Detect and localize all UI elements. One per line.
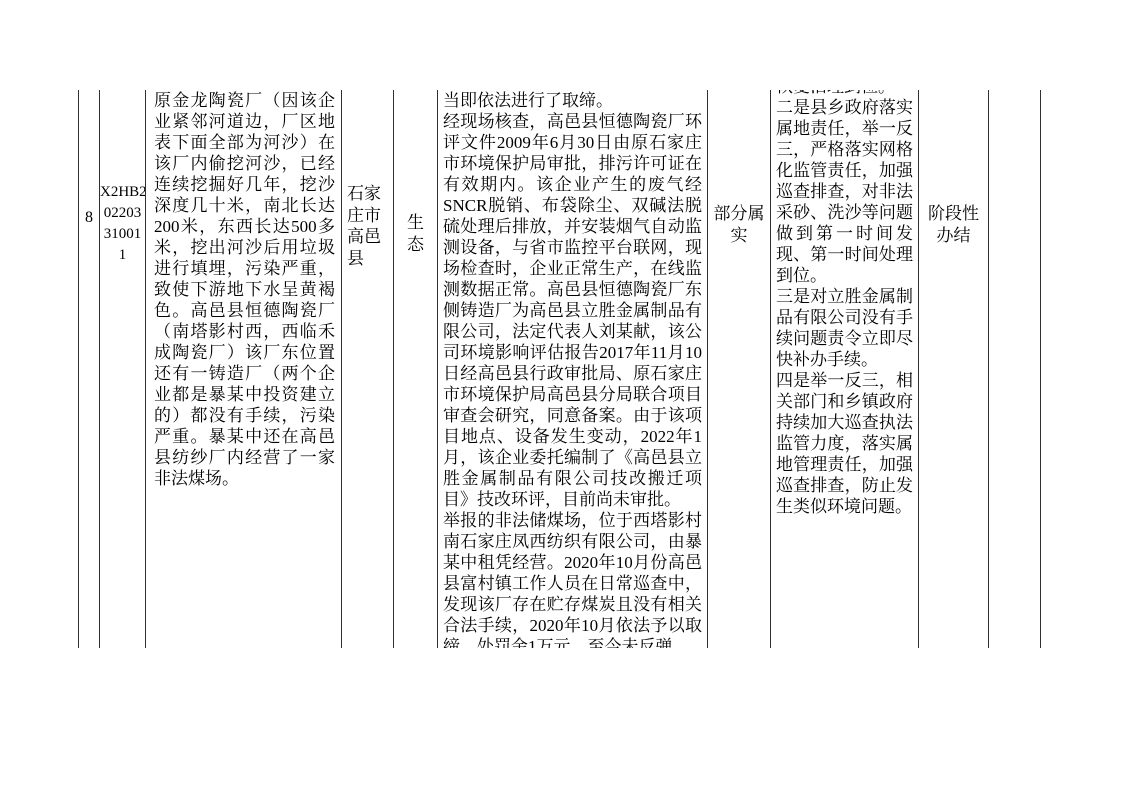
verification-paragraph: 举报的非法储煤场，位于西塔影村南石家庄凤西纺织有限公司，由暴某中租凭经营。202… <box>443 510 702 648</box>
measures-text: 恢复治理到位。 二是县乡政府落实属地责任，举一反三，严格落实网格化监管责任，加强… <box>771 90 918 517</box>
case-id-line: 02203 <box>100 203 145 224</box>
cell-measures: 恢复治理到位。 二是县乡政府落实属地责任，举一反三，严格落实网格化监管责任，加强… <box>770 90 918 648</box>
cell-status: 部分属实 <box>707 90 770 648</box>
category-text: 生态 <box>406 212 425 255</box>
case-id-line: 1 <box>100 245 145 266</box>
region-text: 石家庄市高邑县 <box>342 183 393 269</box>
measures-item: 二是县乡政府落实属地责任，举一反三，严格落实网格化监管责任，加强巡查排查，对非法… <box>776 97 913 286</box>
verification-paragraph: 经现场核查，高邑县恒德陶瓷厂环评文件2009年6月30日由原石家庄市环境保护局审… <box>443 111 702 510</box>
cell-category: 生态 <box>393 90 437 648</box>
table-right-border <box>1040 90 1041 648</box>
cell-seq-number: 8 <box>78 90 99 648</box>
status-text: 部分属实 <box>708 203 770 247</box>
cell-region: 石家庄市高邑县 <box>341 90 393 648</box>
cell-verification: 当即依法进行了取缔。 经现场核查，高邑县恒德陶瓷厂环评文件2009年6月30日由… <box>437 90 707 648</box>
measures-partial-line: 恢复治理到位。 <box>776 90 913 97</box>
seq-number: 8 <box>79 207 99 228</box>
result-text: 阶段性办结 <box>919 203 988 247</box>
case-id-line: 31001 <box>100 224 145 245</box>
verification-text: 当即依法进行了取缔。 经现场核查，高邑县恒德陶瓷厂环评文件2009年6月30日由… <box>438 90 707 648</box>
cell-case-id: X2HB2 02203 31001 1 <box>99 90 145 648</box>
complaint-text: 原金龙陶瓷厂（因该企业紧邻河道边，厂区地表下面全部为河沙）在该厂内偷挖河沙，已经… <box>146 90 341 489</box>
case-id: X2HB2 02203 31001 1 <box>100 182 145 266</box>
measures-item: 四是举一反三，相关部门和乡镇政府持续加大巡查执法监管力度，落实属地管理责任，加强… <box>776 370 913 517</box>
measures-item: 三是对立胜金属制品有限公司没有手续问题责令立即尽快补办手续。 <box>776 286 913 370</box>
verification-paragraph: 当即依法进行了取缔。 <box>443 90 702 111</box>
cell-empty <box>988 90 1040 648</box>
cell-complaint: 原金龙陶瓷厂（因该企业紧邻河道边，厂区地表下面全部为河沙）在该厂内偷挖河沙，已经… <box>145 90 341 648</box>
cell-result: 阶段性办结 <box>918 90 988 648</box>
document-page: 8 X2HB2 02203 31001 1 原金龙陶瓷厂（因该企业紧邻河道边，厂… <box>0 0 1122 793</box>
case-id-line: X2HB2 <box>100 182 145 203</box>
